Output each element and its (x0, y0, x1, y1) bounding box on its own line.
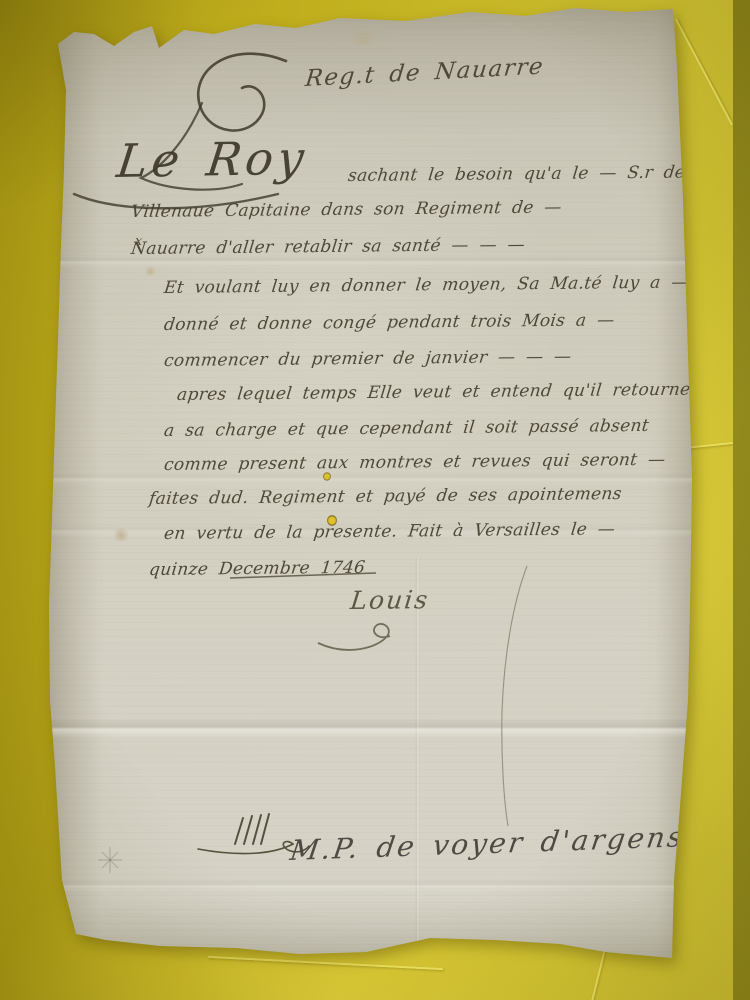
royal-signature: Louis (349, 585, 431, 615)
photo-backdrop: Reg.t de Nauarre Le Roy sachant le besoi… (0, 0, 750, 1000)
blind-stamp-icon (98, 847, 122, 873)
foxing-stain (112, 528, 130, 542)
manuscript-line: Villenaue Capitaine dans son Regiment de… (130, 197, 563, 222)
manuscript-line: a sa charge et que cependant il soit pas… (163, 416, 650, 441)
manuscript-paper: Reg.t de Nauarre Le Roy sachant le besoi… (46, 6, 698, 962)
manuscript-line: faites dud. Regiment et payé de ses apoi… (148, 484, 623, 509)
signature-paraphe-icon (318, 624, 390, 650)
paper-shading (46, 6, 101, 962)
paper-shading (46, 897, 698, 962)
paper-fold-crease (415, 558, 419, 958)
manuscript-line: sachant le besoin qu'a le — S.r de (347, 162, 686, 186)
paper-shading (656, 6, 698, 962)
manuscript-line: commencer du premier de janvier — — — (163, 347, 573, 371)
paper-fold-crease (46, 878, 698, 892)
docket-heading: Reg.t de Nauarre (304, 54, 546, 92)
manuscript-line: apres lequel temps Elle veut et entend q… (176, 379, 720, 405)
manuscript-date-line: quinze Decembre 1746 (148, 558, 366, 580)
paper-fold-crease (46, 718, 698, 738)
opening-initial-words: Le Roy (114, 131, 311, 188)
manuscript-line: donné et donne congé pendant trois Mois … (163, 310, 616, 335)
manuscript-line: Nauarre d'aller retablir sa santé — — — (130, 235, 526, 259)
wormhole (323, 472, 331, 481)
paper-fold-crease (46, 471, 698, 485)
manuscript-line: comme present aux montres et revues qui … (163, 450, 667, 475)
backdrop-shadow-strip (733, 0, 750, 1000)
manuscript-line: en vertu de la presente. Fait à Versaill… (163, 519, 616, 544)
foxing-stain (144, 266, 157, 277)
manuscript-line: Et voulant luy en donner le moyen, Sa Ma… (163, 273, 690, 298)
counter-signature: M.P. de voyer d'argenson (288, 819, 727, 867)
foxing-stain (346, 30, 380, 46)
pen-hairline-stroke (502, 566, 527, 826)
margin-mark: x (134, 234, 143, 249)
manuscript-paper-wrap: Reg.t de Nauarre Le Roy sachant le besoi… (46, 6, 698, 962)
